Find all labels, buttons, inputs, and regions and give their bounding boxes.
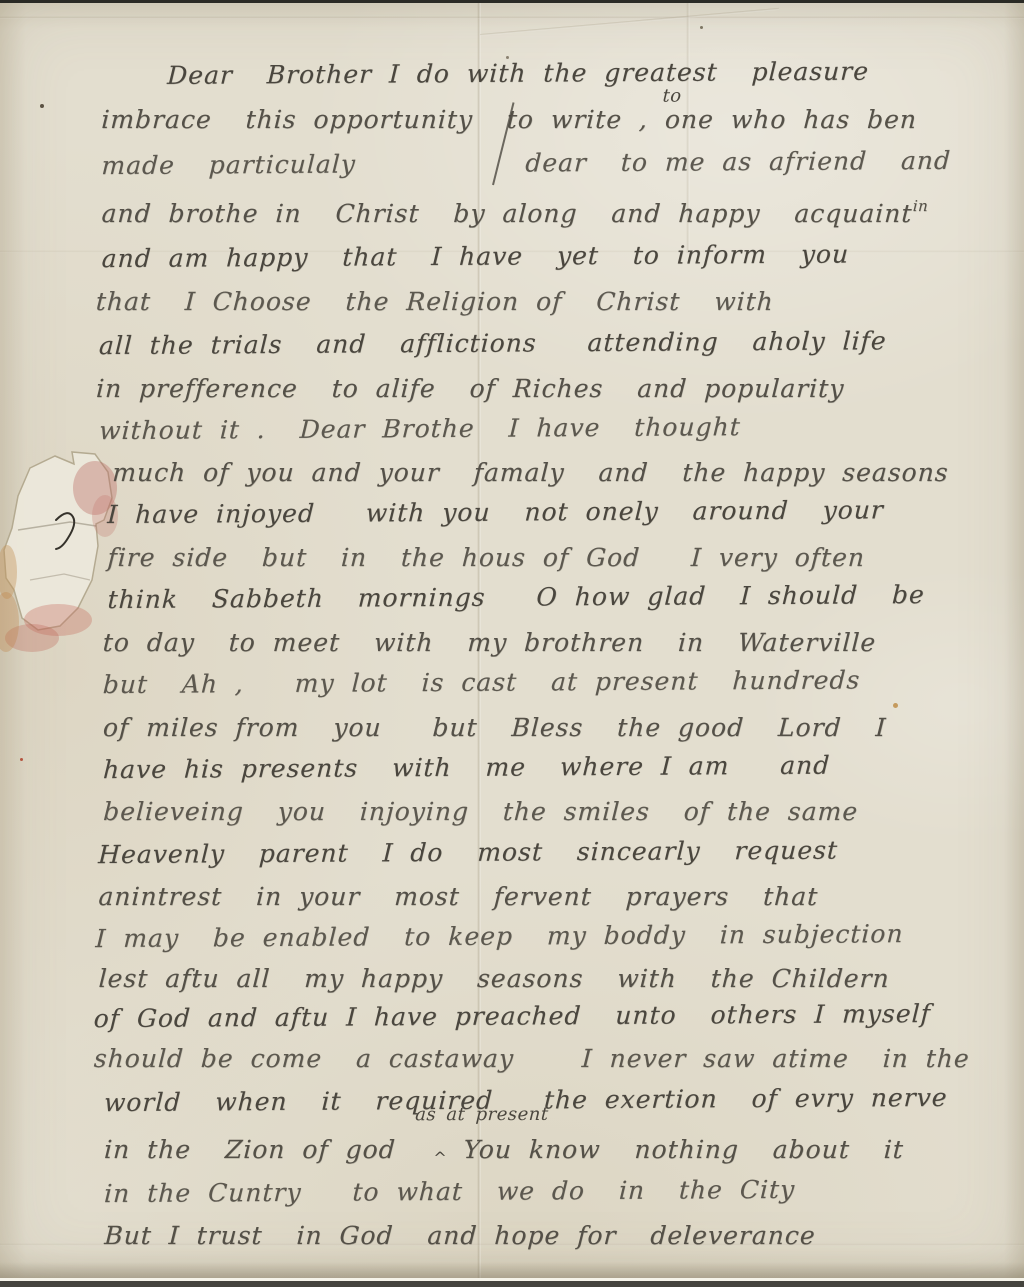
letter-line: and brothe in Christ by along and happy … — [101, 197, 929, 229]
foxing-speck — [506, 56, 509, 59]
interline-insertion: to — [662, 88, 682, 106]
foxing-speck — [893, 703, 898, 708]
letter-line: in the Zion of god You know nothing abou… — [103, 1135, 904, 1165]
foxing-speck — [20, 758, 23, 761]
letter-line: in the Cuntry to what we do in the City — [103, 1175, 795, 1209]
letter-line: believeing you injoying the smiles of th… — [102, 797, 858, 827]
scan-background-bottom — [0, 1281, 1024, 1287]
foxing-speck — [700, 26, 703, 29]
interline-insertion: as at present — [415, 1106, 549, 1124]
letter-line: I may be enabled to keep my boddy in sub… — [95, 919, 904, 954]
letter-line: that I Choose the Religion of Christ wit… — [95, 287, 774, 317]
letter-line: Heavenly parent I do most sincearly requ… — [98, 836, 839, 871]
letter-line: have his presents with me where I am and — [102, 751, 831, 785]
letter-line: imbrace this opportunity to write , one … — [101, 105, 918, 135]
scanned-letter: Dear Brother I do with the greatest plea… — [0, 0, 1024, 1287]
letter-line: made particulaly dear to me as afriend a… — [101, 146, 952, 181]
letter-line: to day to meet with my brothren in Water… — [102, 628, 877, 658]
letter-line: think Sabbeth mornings O how glad I shou… — [107, 580, 926, 615]
letter-line: lest aftu all my happy seasons with the … — [98, 964, 891, 994]
letter-line: Dear Brother I do with the greatest plea… — [167, 57, 870, 91]
letter-body: Dear Brother I do with the greatest plea… — [0, 0, 1024, 1287]
foxing-speck — [40, 104, 44, 108]
letter-line: in prefference to alife of Riches and po… — [95, 374, 845, 404]
letter-line: should be come a castaway I never saw at… — [93, 1044, 970, 1074]
letter-line: of miles from you but Bless the good Lor… — [102, 713, 887, 743]
letter-line: all the trials and afflictions attending… — [98, 326, 887, 361]
letter-line: and am happy that I have yet to inform y… — [101, 240, 850, 275]
letter-line: anintrest in your most fervent prayers t… — [98, 882, 819, 912]
page-bottom-shadow — [0, 1262, 1024, 1278]
insertion-caret: ^ — [433, 1148, 446, 1167]
letter-line: much of you and your famaly and the happ… — [112, 458, 950, 488]
letter-line: But I trust in God and hope for delevera… — [104, 1221, 817, 1251]
letter-line: of God and aftu I have preached unto oth… — [93, 999, 932, 1034]
letter-line: fire side but in the hous of God I very … — [107, 543, 866, 573]
letter-line: I have injoyed with you not onely around… — [107, 495, 885, 530]
scan-background-top — [0, 0, 1024, 3]
letter-line: but Ah , my lot is cast at present hundr… — [102, 665, 861, 700]
superscript-abbreviation: in — [912, 197, 928, 215]
letter-line: without it . Dear Brothe I have thought — [98, 412, 741, 446]
